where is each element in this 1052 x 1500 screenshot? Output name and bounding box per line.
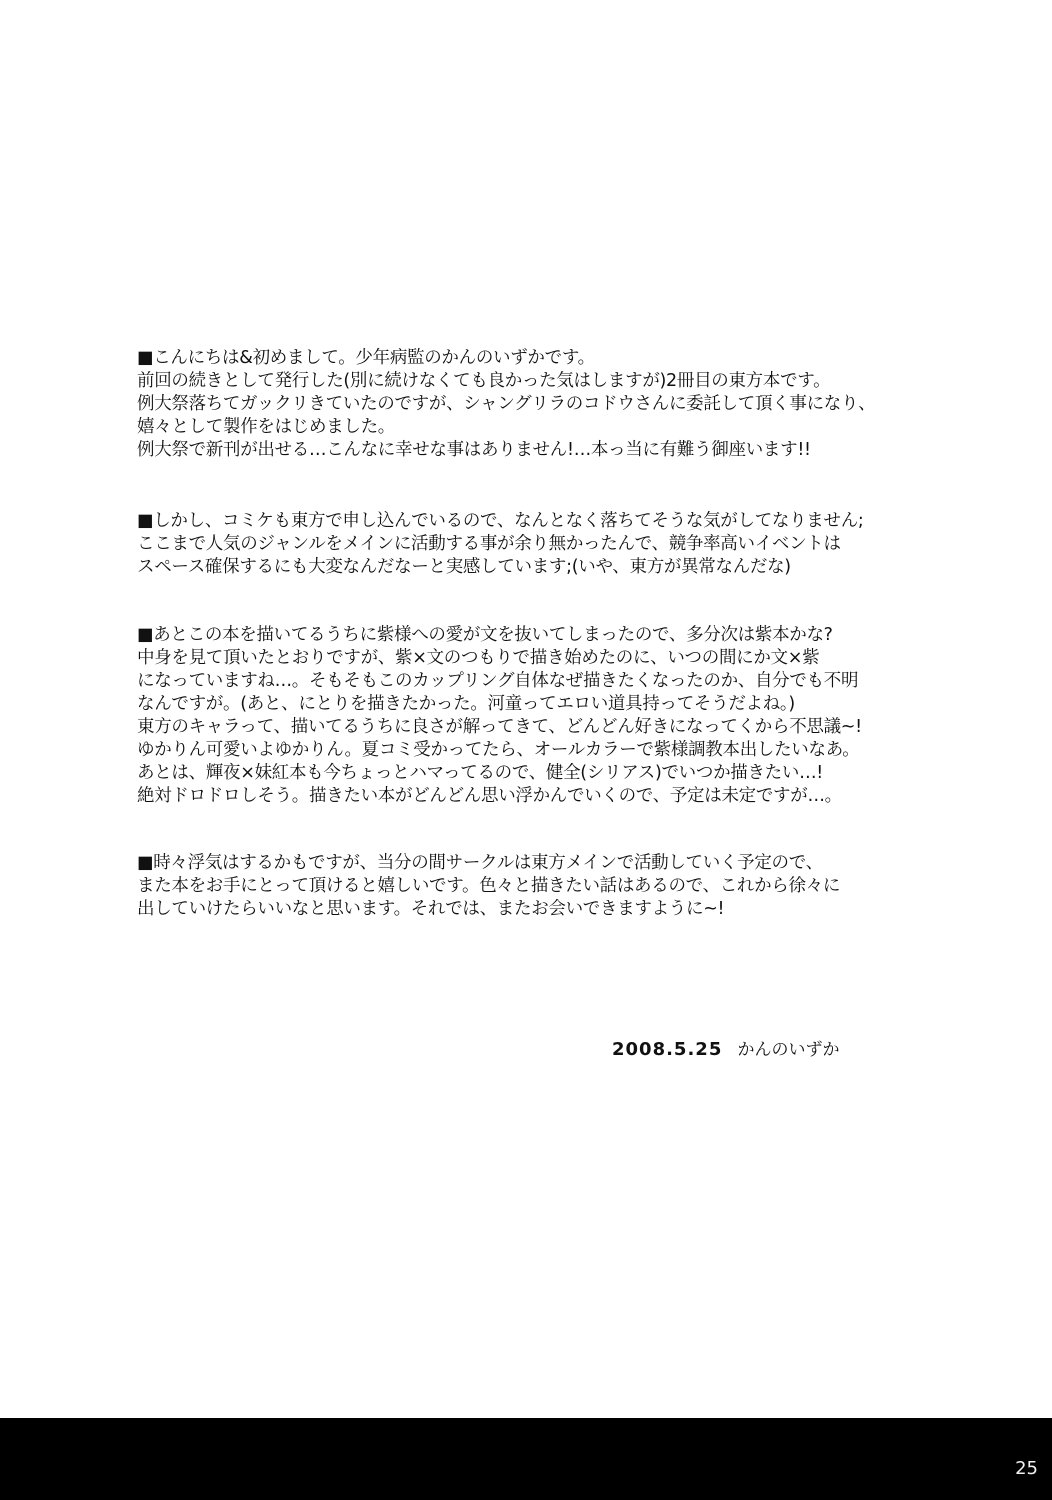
text-line: 絶対ドロドロしそう。描きたい本がどんどん思い浮かんでいくので、予定は未定ですが…… (137, 785, 897, 808)
text-line: 前回の続きとして発行した(別に続けなくても良かった気はしますが)2冊目の東方本で… (137, 370, 897, 393)
paragraph-comiket: ■しかし、コミケも東方で申し込んでいるので、なんとなく落ちてそうな気がしてなりま… (137, 510, 897, 579)
text-line: になっていますね…。そもそもこのカップリング自体なぜ描きたくなったのか、自分でも… (137, 670, 897, 693)
text-line: ■しかし、コミケも東方で申し込んでいるので、なんとなく落ちてそうな気がしてなりま… (137, 510, 897, 533)
page-number: 25 (1015, 1458, 1038, 1479)
footer-bar: 25 (0, 1418, 1052, 1500)
text-line: 嬉々として製作をはじめました。 (137, 416, 897, 439)
text-line: なんですが。(あと、にとりを描きたかった。河童ってエロい道具持ってそうだよね。) (137, 693, 897, 716)
signature-date: 2008.5.25 (612, 1039, 722, 1060)
text-line: 出していけたらいいなと思います。それでは、またお会いできますように~! (137, 898, 897, 921)
paragraph-closing: ■時々浮気はするかもですが、当分の間サークルは東方メインで活動していく予定ので、… (137, 852, 897, 921)
text-line: あとは、輝夜×妹紅本も今ちょっとハマってるので、健全(シリアス)でいつか描きたい… (137, 762, 897, 785)
text-line: ■あとこの本を描いてるうちに紫様への愛が文を抜いてしまったので、多分次は紫本かな… (137, 624, 897, 647)
signature-author: かんのいずか (737, 1040, 839, 1060)
signature: 2008.5.25 かんのいずか (612, 1037, 839, 1063)
text-line: また本をお手にとって頂けると嬉しいです。色々と描きたい話はあるので、これから徐々… (137, 875, 897, 898)
paragraph-characters: ■あとこの本を描いてるうちに紫様への愛が文を抜いてしまったので、多分次は紫本かな… (137, 624, 897, 808)
text-line: ここまで人気のジャンルをメインに活動する事が余り無かったんで、競争率高いイベント… (137, 533, 897, 556)
document-page: ■こんにちは&初めまして。少年病監のかんのいずかです。 前回の続きとして発行した… (0, 0, 1052, 1418)
paragraph-greeting: ■こんにちは&初めまして。少年病監のかんのいずかです。 前回の続きとして発行した… (137, 347, 897, 462)
text-line: 東方のキャラって、描いてるうちに良さが解ってきて、どんどん好きになってくから不思… (137, 716, 897, 739)
text-line: ■こんにちは&初めまして。少年病監のかんのいずかです。 (137, 347, 897, 370)
text-line: 例大祭落ちてガックリきていたのですが、シャングリラのコドウさんに委託して頂く事に… (137, 393, 897, 416)
text-line: ■時々浮気はするかもですが、当分の間サークルは東方メインで活動していく予定ので、 (137, 852, 897, 875)
text-line: ゆかりん可愛いよゆかりん。夏コミ受かってたら、オールカラーで紫様調教本出したいな… (137, 739, 897, 762)
text-line: 中身を見て頂いたとおりですが、紫×文のつもりで描き始めたのに、いつの間にか文×紫 (137, 647, 897, 670)
text-line: スペース確保するにも大変なんだなーと実感しています;(いや、東方が異常なんだな) (137, 556, 897, 579)
text-line: 例大祭で新刊が出せる…こんなに幸せな事はありません!…本っ当に有難う御座います!… (137, 439, 897, 462)
